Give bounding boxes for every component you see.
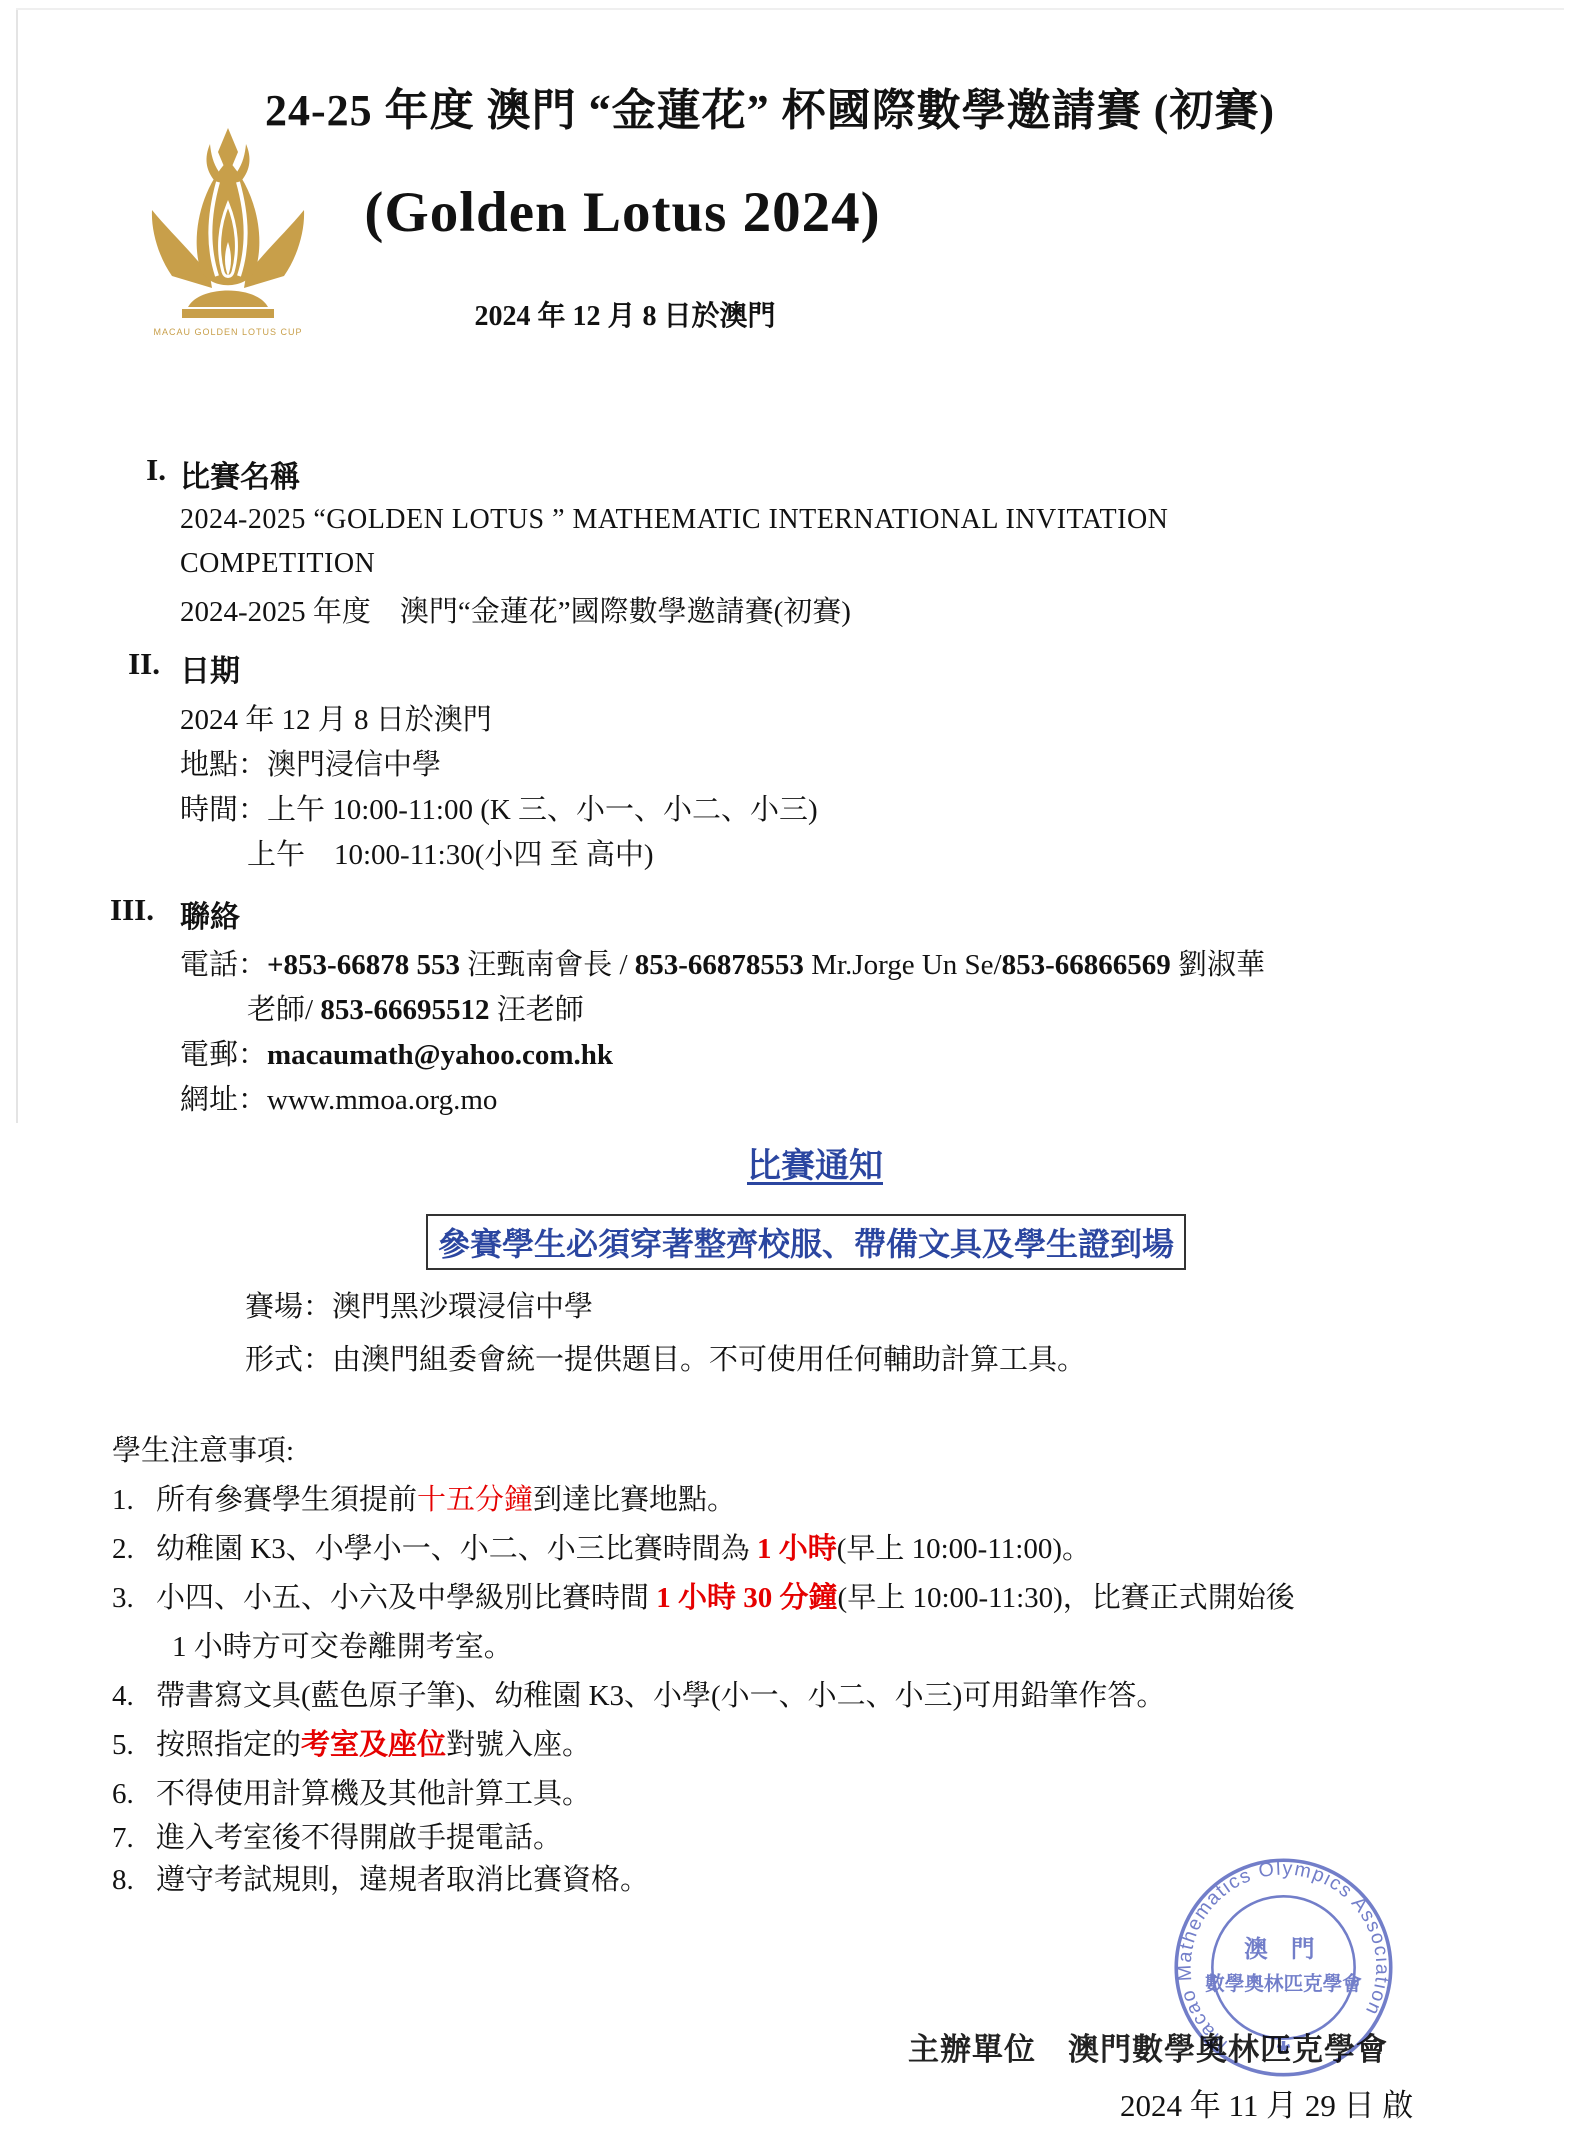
note-2-number: 2. [112,1533,156,1566]
section1-heading: 比賽名稱 [180,452,300,496]
phone1-person: 汪甄南會長 / [460,949,635,981]
phone2-person: Mr.Jorge Un Se/ [804,949,1002,981]
email-label: 電郵： [180,1039,267,1071]
notice-title: 比賽通知 [0,1138,1587,1187]
note-item-3: 3.小四、小五、小六及中學級別比賽時間 1 小時 30 分鐘(早上 10:00-… [112,1575,1295,1616]
note-item-4: 4.帶書寫文具(藍色原子筆)、幼稚園 K3、小學(小一、小二、小三)可用鉛筆作答… [112,1673,1165,1714]
note-6-text: 不得使用計算機及其他計算工具。 [156,1778,591,1810]
phone-line2-prefix: 老師/ [247,994,320,1026]
note-1-red: 十五分鐘 [417,1484,533,1516]
document-subtitle: (Golden Lotus 2024) [0,180,1245,245]
notice-venue: 賽場：澳門黑沙環浸信中學 [245,1284,593,1325]
note-8-text: 遵守考試規則，違規者取消比賽資格。 [156,1864,649,1896]
web-address: www.mmoa.org.mo [267,1084,497,1116]
note-3-pre: 小四、小五、小六及中學級別比賽時間 [156,1582,656,1614]
note-3-number: 3. [112,1582,156,1615]
note-5-pre: 按照指定的 [156,1729,301,1761]
note-2-post: (早上 10:00-11:00)。 [837,1533,1091,1565]
note-item-1: 1.所有參賽學生須提前十五分鐘到達比賽地點。 [112,1477,736,1518]
note-item-6: 6.不得使用計算機及其他計算工具。 [112,1771,591,1812]
stamp-star: * [1277,2034,1291,2073]
note-5-post: 對號入座。 [446,1729,591,1761]
note-item-5: 5.按照指定的考室及座位對號入座。 [112,1722,591,1763]
section3-numeral: III. [96,892,154,928]
phone3-person: 劉淑華 [1171,949,1265,981]
stamp-inner-line2: 數學奧林匹克學會 [1205,1972,1362,1995]
phone3-number: 853-66866569 [1002,949,1171,981]
note-item-3-line2: 1 小時方可交卷離開考室。 [172,1624,513,1665]
note-1-number: 1. [112,1484,156,1517]
section1-numeral: I. [108,452,166,488]
contact-web-line: 網址：www.mmoa.org.mo [180,1077,497,1118]
phone4-number: 853-66695512 [320,994,489,1026]
event-venue: 地點：澳門浸信中學 [180,742,441,783]
note-5-number: 5. [112,1729,156,1762]
section2-heading: 日期 [180,646,240,690]
note-3-red: 1 小時 30 分鐘 [656,1582,837,1614]
note-1-pre: 所有參賽學生須提前 [156,1484,417,1516]
event-date: 2024 年 12 月 8 日於澳門 [180,697,492,738]
competition-name-en-line1: 2024-2025 “GOLDEN LOTUS ” MATHEMATIC INT… [180,504,1168,536]
section3-heading: 聯絡 [180,892,240,936]
phone-label: 電話： [180,949,267,981]
contact-phone-line1: 電話：+853-66878 553 汪甄南會長 / 853-66878553 M… [180,942,1265,983]
issue-date: 2024 年 11 月 29 日 啟 [1120,2080,1413,2125]
note-4-text: 帶書寫文具(藍色原子筆)、幼稚園 K3、小學(小一、小二、小三)可用鉛筆作答。 [156,1680,1165,1712]
section2-numeral: II. [102,646,160,682]
email-address: macaumath@yahoo.com.hk [267,1039,613,1071]
note-8-number: 8. [112,1864,156,1897]
phone1-number: +853-66878 553 [267,949,460,981]
competition-name-zh: 2024-2025 年度 澳門“金蓮花”國際數學邀請賽(初賽) [180,589,851,630]
note-3-post: (早上 10:00-11:30)，比賽正式開始後 [838,1582,1295,1614]
phone4-person: 汪老師 [489,994,583,1026]
competition-name-en-line2: COMPETITION [180,548,375,580]
note-item-7: 7.進入考室後不得開啟手提電話。 [112,1815,562,1856]
contact-email-line: 電郵：macaumath@yahoo.com.hk [180,1032,613,1073]
phone2-number: 853-66878553 [635,949,804,981]
notice-boxed-requirement: 參賽學生必須穿著整齊校服、帶備文具及學生證到場 [426,1214,1186,1270]
event-time-1: 時間：上午 10:00-11:00 (K 三、小一、小二、小三) [180,787,818,828]
note-4-number: 4. [112,1680,156,1713]
contact-phone-line2: 老師/ 853-66695512 汪老師 [247,987,584,1028]
stamp-inner-line1: 澳 門 [1244,1935,1323,1963]
note-6-number: 6. [112,1778,156,1811]
event-time-2: 上午 10:00-11:30(小四 至 高中) [247,832,654,873]
event-date-line: 2024 年 12 月 8 日於澳門 [0,294,1250,334]
web-label: 網址： [180,1084,267,1116]
note-7-text: 進入考室後不得開啟手提電話。 [156,1822,562,1854]
association-stamp: Macao Mathematics Olympics Association 澳… [1168,1852,1400,2084]
note-2-pre: 幼稚園 K3、小學小一、小二、小三比賽時間為 [156,1533,757,1565]
scan-edge-left [16,8,18,1123]
scanned-notice-page: { "page": { "title": "24-25 年度 澳門 “金蓮花” … [0,0,1587,2131]
notice-format: 形式：由澳門組委會統一提供題目。不可使用任何輔助計算工具。 [245,1337,1086,1378]
note-2-red: 1 小時 [757,1533,837,1565]
note-item-2: 2.幼稚園 K3、小學小一、小二、小三比賽時間為 1 小時(早上 10:00-1… [112,1526,1091,1567]
note-item-8: 8.遵守考試規則，違規者取消比賽資格。 [112,1857,649,1898]
notes-heading: 學生注意事項: [112,1428,294,1469]
scan-edge-top [16,8,1564,10]
note-7-number: 7. [112,1822,156,1855]
note-5-red: 考室及座位 [301,1729,446,1761]
note-1-post: 到達比賽地點。 [533,1484,736,1516]
